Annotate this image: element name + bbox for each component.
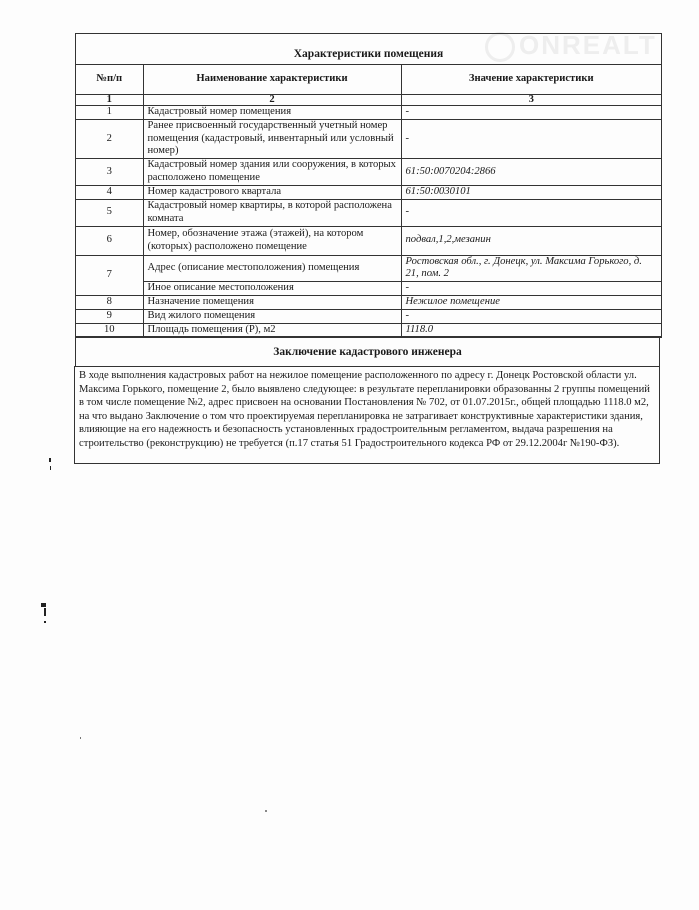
row-number: 7: [76, 255, 143, 295]
row-name: Ранее присвоенный государственный учетны…: [143, 119, 401, 158]
row-number: 9: [76, 309, 143, 323]
table-row: 9 Вид жилого помещения -: [76, 309, 661, 323]
table-row: 5 Кадастровый номер квартиры, в которой …: [76, 199, 661, 226]
row-name: Назначение помещения: [143, 295, 401, 309]
row-name: Номер, обозначение этажа (этажей), на ко…: [143, 226, 401, 255]
row-number: 4: [76, 186, 143, 200]
scan-mark: [44, 608, 46, 616]
row-number: 5: [76, 199, 143, 226]
table-row: 2 Ранее присвоенный государственный учет…: [76, 119, 661, 158]
conclusion-title: Заключение кадастрового инженера: [75, 336, 660, 366]
row-number: 3: [76, 159, 143, 186]
column-number: 2: [143, 95, 401, 106]
table-header-row: №п/п Наименование характеристики Значени…: [76, 65, 661, 95]
column-number: 1: [76, 95, 143, 106]
scan-mark: [44, 621, 46, 623]
column-number: 3: [401, 95, 661, 106]
header-number: №п/п: [76, 65, 143, 95]
table-row: 4 Номер кадастрового квартала 61:50:0030…: [76, 186, 661, 200]
row-name: Кадастровый номер помещения: [143, 106, 401, 120]
row-number: 8: [76, 295, 143, 309]
row-name: Кадастровый номер квартиры, в которой ра…: [143, 199, 401, 226]
scan-mark: [49, 458, 51, 462]
row-value: -: [401, 106, 661, 120]
row-name: Площадь помещения (Р), м2: [143, 323, 401, 337]
table-row: 7 Адрес (описание местоположения) помеще…: [76, 255, 661, 282]
table-row: 8 Назначение помещения Нежилое помещение: [76, 295, 661, 309]
scanned-document-page: ONREALT Характеристики помещения №п/п На…: [0, 0, 699, 910]
row-name: Кадастровый номер здания или сооружения,…: [143, 159, 401, 186]
row-value: Нежилое помещение: [401, 295, 661, 309]
row-name: Номер кадастрового квартала: [143, 186, 401, 200]
scan-mark: [41, 603, 46, 607]
row-name: Вид жилого помещения: [143, 309, 401, 323]
row-value: -: [401, 119, 661, 158]
scan-mark: [265, 810, 267, 812]
header-name: Наименование характеристики: [143, 65, 401, 95]
row-value: -: [401, 282, 661, 296]
row-value: 61:50:0070204:2866: [401, 159, 661, 186]
row-value: 1118.0: [401, 323, 661, 337]
characteristics-table: №п/п Наименование характеристики Значени…: [76, 65, 661, 337]
row-name: Иное описание местоположения: [143, 282, 401, 296]
row-value: 61:50:0030101: [401, 186, 661, 200]
table-row: Иное описание местоположения -: [76, 282, 661, 296]
row-name: Адрес (описание местоположения) помещени…: [143, 255, 401, 282]
row-value: подвал,1,2,мезанин: [401, 226, 661, 255]
row-number: 6: [76, 226, 143, 255]
row-number: 2: [76, 119, 143, 158]
table-row: 1 Кадастровый номер помещения -: [76, 106, 661, 120]
scan-mark: [80, 737, 81, 739]
characteristics-section: Характеристики помещения №п/п Наименован…: [75, 33, 662, 338]
conclusion-text: В ходе выполнения кадастровых работ на н…: [74, 366, 660, 464]
row-number: 1: [76, 106, 143, 120]
table-row: 3 Кадастровый номер здания или сооружени…: [76, 159, 661, 186]
scan-mark: [50, 466, 51, 470]
table-row: 10 Площадь помещения (Р), м2 1118.0: [76, 323, 661, 337]
column-number-row: 1 2 3: [76, 95, 661, 106]
header-value: Значение характеристики: [401, 65, 661, 95]
row-value: -: [401, 309, 661, 323]
section-title: Характеристики помещения: [76, 34, 661, 65]
row-value: Ростовская обл., г. Донецк, ул. Максима …: [401, 255, 661, 282]
table-row: 6 Номер, обозначение этажа (этажей), на …: [76, 226, 661, 255]
row-value: -: [401, 199, 661, 226]
row-number: 10: [76, 323, 143, 337]
